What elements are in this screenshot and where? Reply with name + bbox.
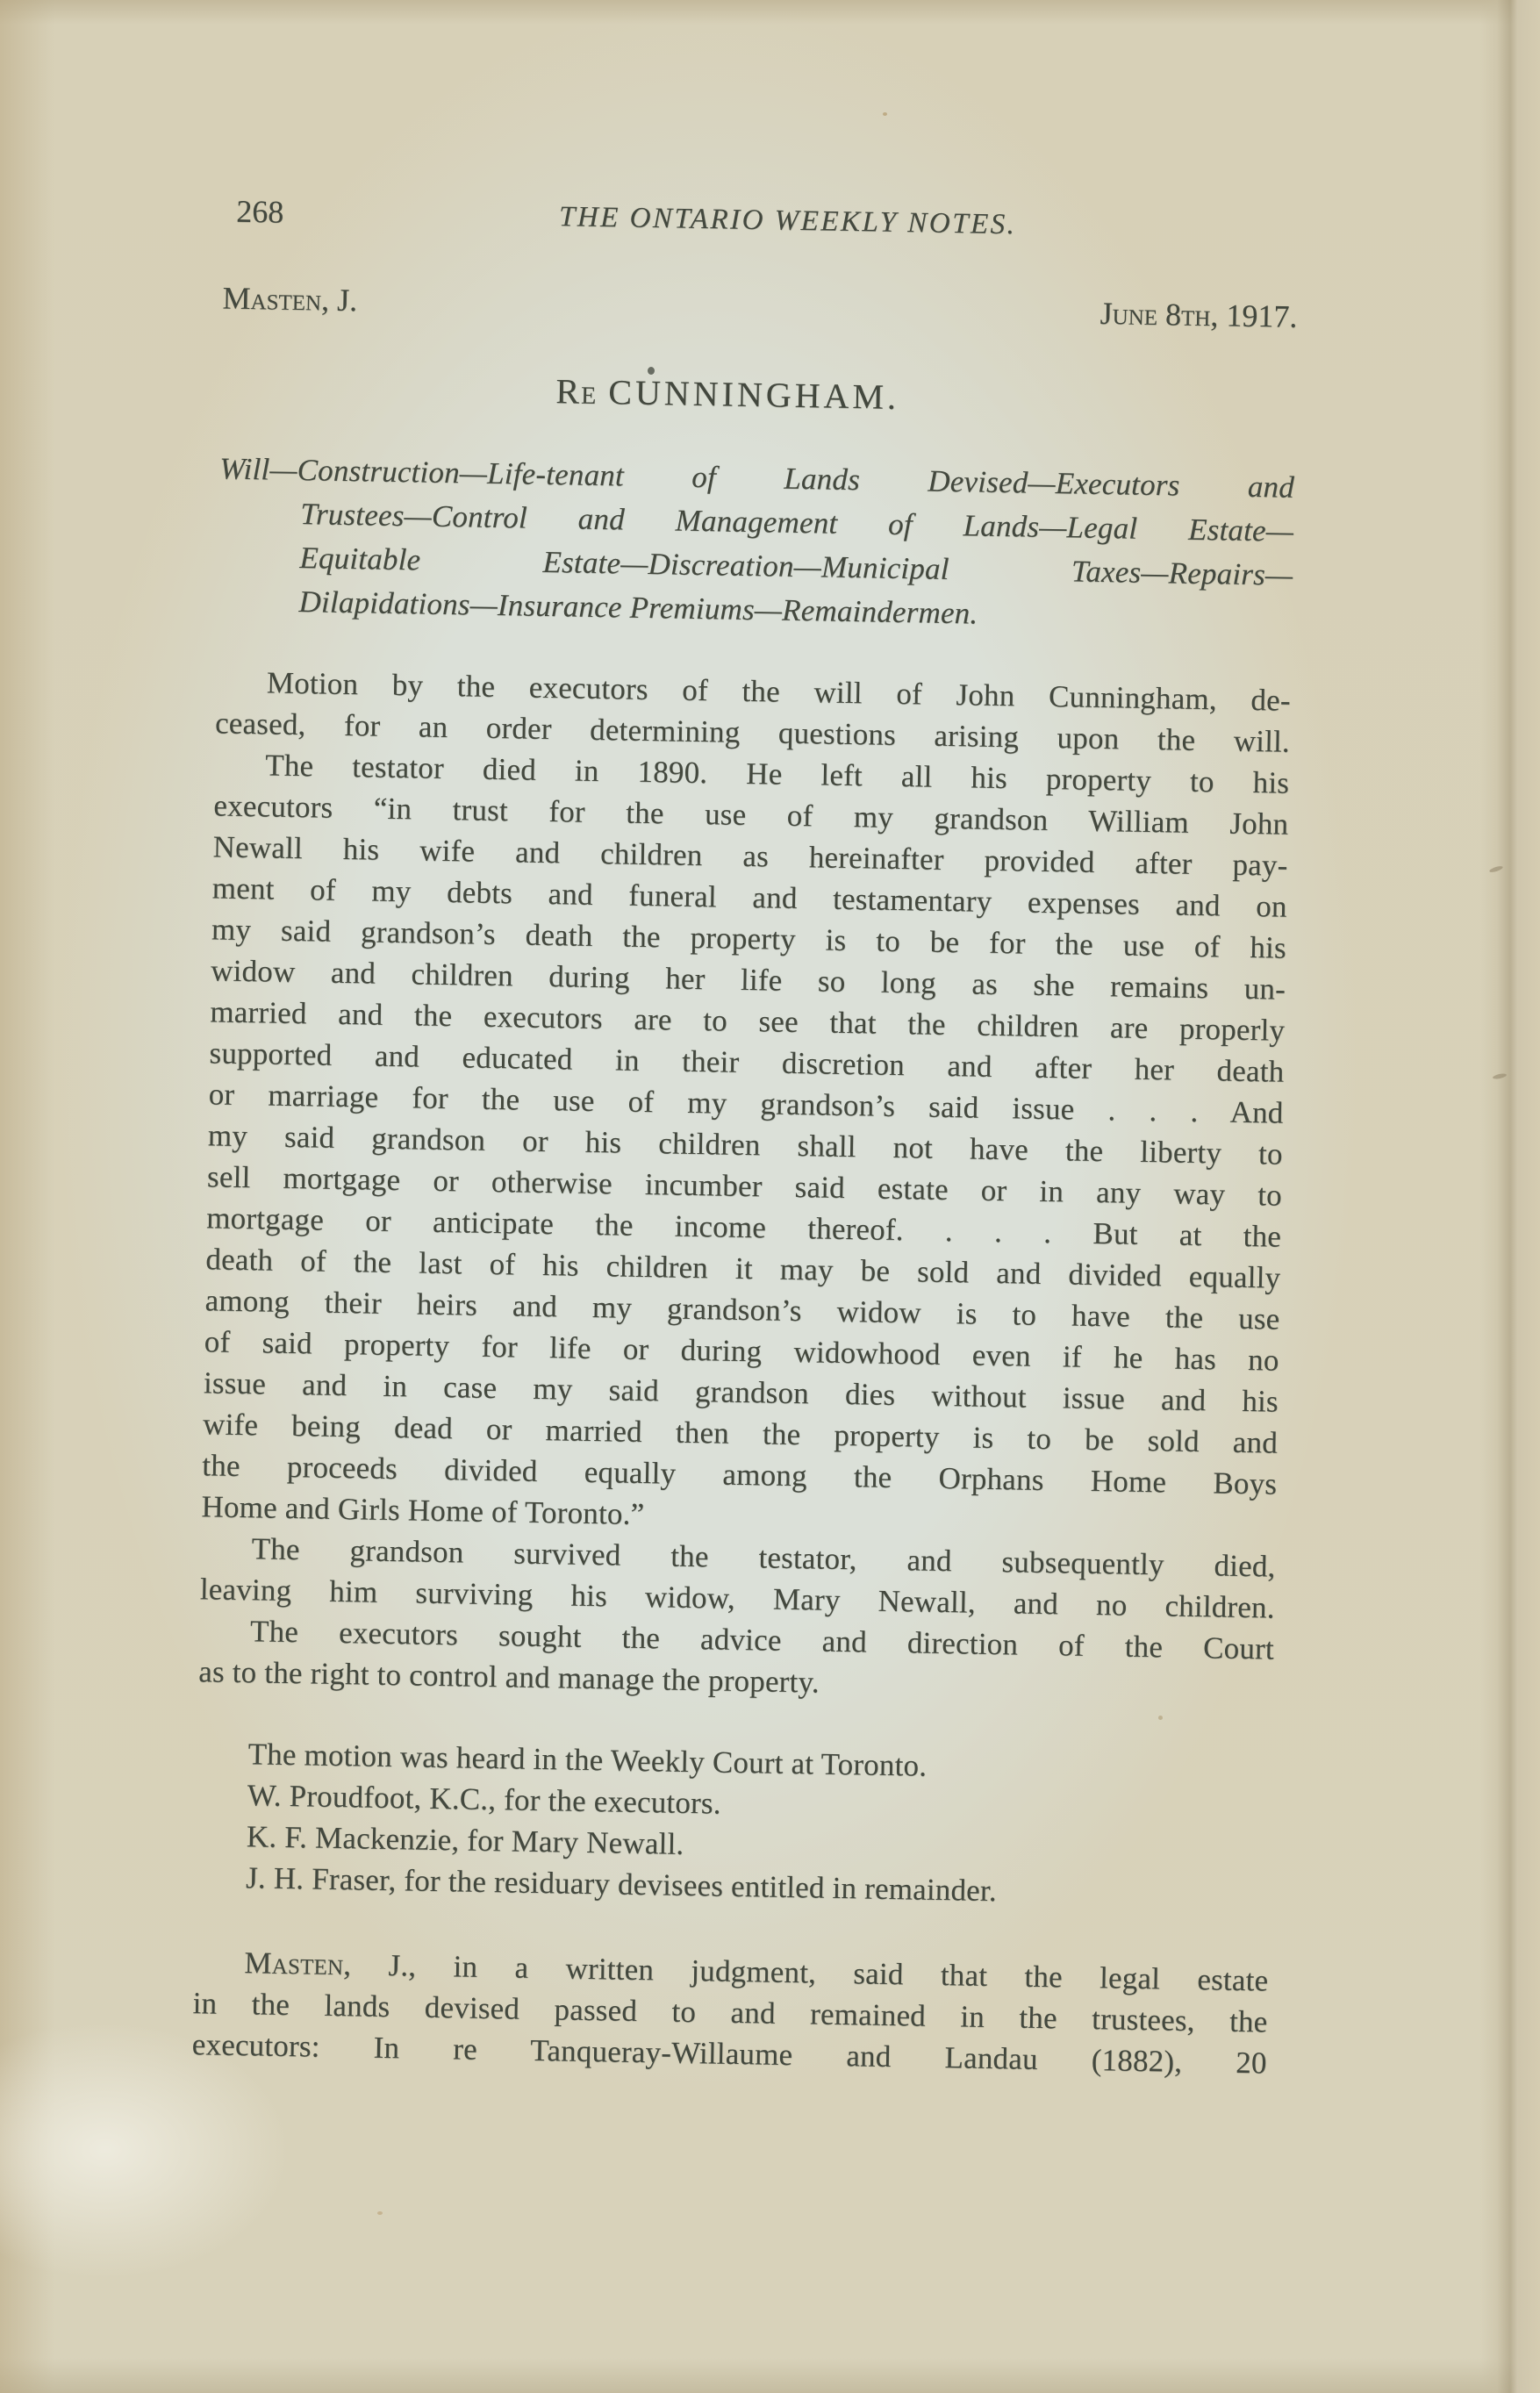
headnote: Will—Construction—Life-tenant of Lands D… [217,447,1294,641]
decision-date: June 8th, 1917. [1099,293,1298,338]
judgment-continued-lines: in the lands devised passed to and remai… [191,1982,1267,2083]
book-page-edge [1480,0,1540,2393]
page-number: 268 [236,191,284,233]
judgment-paragraph: Masten, J., in a written judgment, said … [191,1941,1268,2083]
paper-speck [377,2211,383,2215]
judge-name: Masten, J. [222,277,357,321]
judgment-judge-name: Masten, J. [244,1945,409,1982]
page-header: 268 THE ONTARIO WEEKLY NOTES. [224,190,1300,250]
appearances: The motion was heard in the Weekly Court… [195,1732,1272,1916]
case-title-re: Re [555,371,598,412]
case-title: ReCUNNINGHAM. [220,362,1296,426]
running-title: THE ONTARIO WEEKLY NOTES. [224,190,1300,250]
scanned-book-page: 268 THE ONTARIO WEEKLY NOTES. Masten, J.… [0,0,1540,2393]
body-text: Motion by the executors of the will of J… [198,661,1291,1710]
case-title-name: CUNNINGHAM. [608,372,900,417]
paper-speck [883,112,887,116]
byline-row: Masten, J. June 8th, 1917. [222,277,1298,337]
page-content: 268 THE ONTARIO WEEKLY NOTES. Masten, J.… [191,190,1299,2083]
